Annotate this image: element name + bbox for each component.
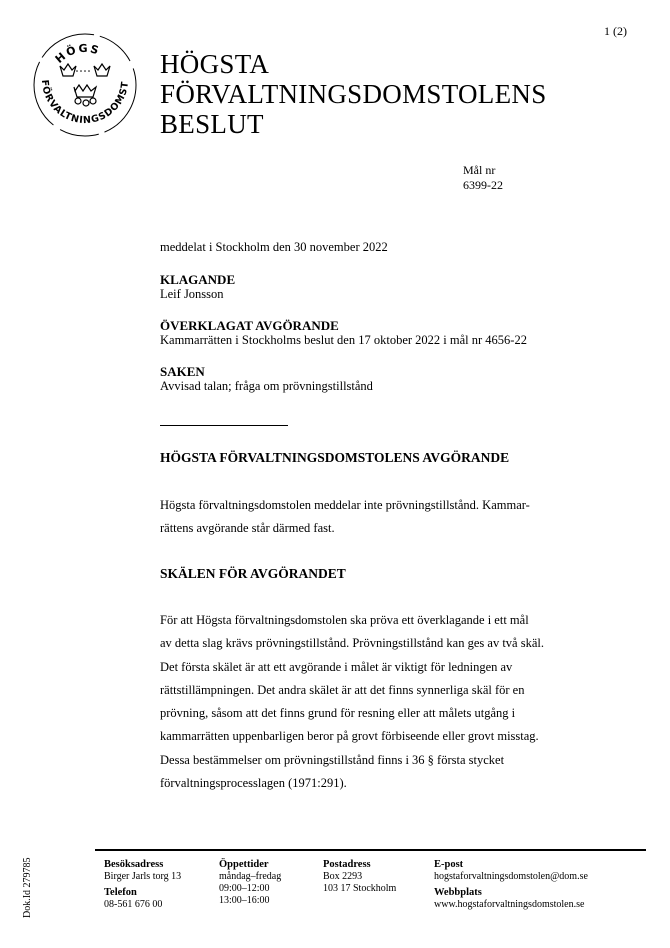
- hours-label: Öppettider: [219, 859, 281, 871]
- matter-heading: SAKEN: [160, 364, 373, 379]
- postal-box: Box 2293: [323, 871, 396, 883]
- reasons-paragraph: För att Högsta förvaltningsdomstolen ska…: [160, 609, 544, 795]
- document-title: HÖGSTA FÖRVALTNINGSDOMSTOLENS BESLUT: [160, 49, 547, 139]
- appellant-heading: KLAGANDE: [160, 272, 235, 287]
- reasons-heading: SKÄLEN FÖR AVGÖRANDET: [160, 566, 346, 582]
- paragraph-line: rättstillämpningen. Det andra skälet är …: [160, 679, 544, 702]
- appellant-section: KLAGANDE Leif Jonsson: [160, 272, 235, 302]
- phone-number: 08-561 676 00: [104, 899, 181, 911]
- postal-city: 103 17 Stockholm: [323, 883, 396, 895]
- email-address[interactable]: hogstaforvaltningsdomstolen@dom.se: [434, 871, 588, 883]
- website-link[interactable]: www.hogstaforvaltningsdomstolen.se: [434, 899, 588, 911]
- email-label: E-post: [434, 859, 588, 871]
- footer-hours: Öppettider måndag–fredag 09:00–12:00 13:…: [219, 859, 281, 907]
- divider: [160, 425, 288, 426]
- document-id: Dok.Id 279785: [22, 857, 33, 918]
- decision-paragraph: Högsta förvaltningsdomstolen meddelar in…: [160, 494, 530, 541]
- footer-visit-phone: Besöksadress Birger Jarls torg 13 Telefo…: [104, 859, 181, 911]
- hours-afternoon: 13:00–16:00: [219, 895, 281, 907]
- phone-label: Telefon: [104, 887, 181, 899]
- matter-section: SAKEN Avvisad talan; fråga om prövningst…: [160, 364, 373, 394]
- appealed-decision: Kammarrätten i Stockholms beslut den 17 …: [160, 333, 527, 348]
- title-line: HÖGSTA: [160, 49, 547, 79]
- paragraph-line: av detta slag krävs prövningstillstånd. …: [160, 632, 544, 655]
- hours-morning: 09:00–12:00: [219, 883, 281, 895]
- visit-address: Birger Jarls torg 13: [104, 871, 181, 883]
- issued-line: meddelat i Stockholm den 30 november 202…: [160, 240, 388, 255]
- paragraph-line: Högsta förvaltningsdomstolen meddelar in…: [160, 494, 530, 517]
- footer-contact: E-post hogstaforvaltningsdomstolen@dom.s…: [434, 859, 588, 911]
- seal-text-top: HÖGS: [53, 42, 102, 66]
- case-number: 6399-22: [463, 178, 503, 193]
- decision-heading: HÖGSTA FÖRVALTNINGSDOMSTOLENS AVGÖRANDE: [160, 450, 509, 466]
- web-label: Webbplats: [434, 887, 588, 899]
- paragraph-line: kammarrätten uppenbarligen beror på grov…: [160, 725, 544, 748]
- title-line: BESLUT: [160, 109, 547, 139]
- footer-postal: Postadress Box 2293 103 17 Stockholm: [323, 859, 396, 895]
- matter-text: Avvisad talan; fråga om prövningstillstå…: [160, 379, 373, 394]
- court-seal-logo: HÖGS FÖRVALTNINGSDOMSTOLEN: [30, 30, 140, 140]
- case-label: Mål nr: [463, 163, 503, 178]
- appellant-name: Leif Jonsson: [160, 287, 235, 302]
- svg-text:HÖGS: HÖGS: [53, 42, 102, 66]
- appealed-decision-section: ÖVERKLAGAT AVGÖRANDE Kammarrätten i Stoc…: [160, 318, 527, 348]
- visit-label: Besöksadress: [104, 859, 181, 871]
- paragraph-line: förvaltningsprocesslagen (1971:291).: [160, 772, 544, 795]
- appealed-heading: ÖVERKLAGAT AVGÖRANDE: [160, 318, 527, 333]
- title-line: FÖRVALTNINGSDOMSTOLENS: [160, 79, 547, 109]
- paragraph-line: För att Högsta förvaltningsdomstolen ska…: [160, 609, 544, 632]
- postal-label: Postadress: [323, 859, 396, 871]
- paragraph-line: Det första skälet är att ett avgörande i…: [160, 656, 544, 679]
- paragraph-line: rättens avgörande står därmed fast.: [160, 517, 530, 540]
- paragraph-line: Dessa bestämmelser om prövningstillstånd…: [160, 749, 544, 772]
- case-number-block: Mål nr 6399-22: [463, 163, 503, 193]
- page-number: 1 (2): [604, 24, 627, 39]
- hours-days: måndag–fredag: [219, 871, 281, 883]
- court-seal-icon: HÖGS FÖRVALTNINGSDOMSTOLEN: [30, 30, 140, 140]
- paragraph-line: prövning, såsom att det finns grund för …: [160, 702, 544, 725]
- footer-divider: [95, 849, 646, 851]
